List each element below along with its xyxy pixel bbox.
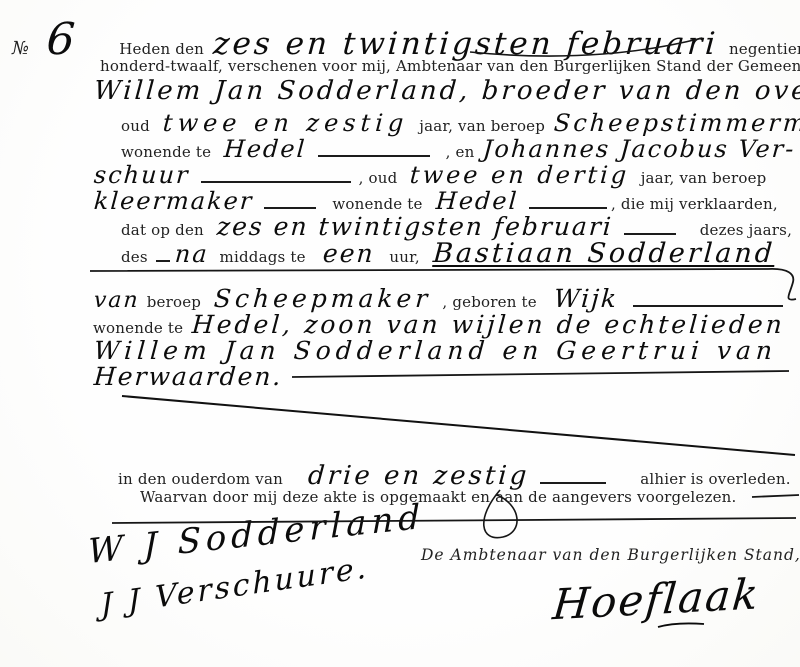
signature-underline — [658, 623, 704, 627]
handwritten-declarant1: Willem Jan Sodderland, broeder van den o… — [93, 76, 800, 106]
printed-jaar-beroep-1: jaar, van beroep — [419, 117, 545, 135]
signature-declarant1: W J Sodderland — [88, 497, 425, 573]
fill-line — [292, 371, 789, 377]
printed-des: des — [121, 248, 148, 266]
handwritten-na: na — [174, 240, 210, 268]
diagonal-strike-line — [122, 396, 795, 455]
deceased-occupation-line: van beroep Scheepmaker , geboren te Wijk — [93, 284, 783, 313]
printed-en: , en — [446, 143, 475, 161]
fill-line — [156, 257, 170, 262]
printed-uur: uur, — [389, 248, 419, 266]
record-number-label: № — [12, 38, 29, 59]
fill-line — [201, 178, 351, 183]
declarant2-residence-line: kleermaker wonende te Hedel , die mij ve… — [93, 187, 778, 215]
fill-line — [318, 152, 430, 157]
handwritten-beroep1: Scheepstimmerman — [553, 109, 800, 137]
declarant1-line: Willem Jan Sodderland, broeder van den o… — [93, 76, 800, 106]
parents-line-2: Herwaarden. — [93, 362, 282, 391]
printed-beroep: beroep — [147, 293, 201, 311]
printed-oud: oud — [121, 117, 150, 135]
handwritten-beroep-overledene: Scheepmaker — [213, 284, 432, 313]
printed-wonende-te-3: wonende te — [93, 319, 183, 337]
printed-dezes-jaars: dezes jaars, — [700, 221, 792, 239]
printed-waarvan: Waarvan door mij deze akte is opgemaakt … — [140, 488, 737, 506]
fill-line — [529, 204, 607, 209]
handwritten-age2: twee en dertig — [409, 161, 630, 189]
deceased-residence-line: wonende te Hedel, zoon van wijlen de ech… — [93, 310, 784, 339]
handwritten-uur-waarde: een — [322, 239, 376, 268]
printed-heden-den: Heden den — [119, 40, 204, 58]
fill-line — [264, 204, 316, 209]
declarant1-residence-line: wonende te Hedel , en Johannes Jacobus V… — [121, 135, 795, 163]
handwritten-declarant2-part1: Johannes Jacobus Ver- — [482, 135, 796, 163]
handwritten-woonplaats-ouders: Hedel, zoon van wijlen de echtelieden — [191, 310, 786, 339]
printed-geboren-te: , geboren te — [442, 293, 536, 311]
fill-line — [624, 230, 676, 235]
declarant1-age-line: oud twee en zestig jaar, van beroep Sche… — [121, 109, 800, 137]
printed-negentien: negentien — [729, 40, 800, 58]
handwritten-overledene-naam: Bastiaan Sodderland — [432, 238, 776, 269]
handwritten-age1: twee en zestig — [162, 109, 409, 137]
handwritten-date-2: zes en twintigsten februari — [216, 212, 614, 241]
death-date-line: dat op den zes en twintigsten februari d… — [121, 212, 792, 241]
printed-wonende-te-1: wonende te — [121, 143, 211, 161]
declarant2-age-line: schuur , oud twee en dertig jaar, van be… — [93, 161, 767, 189]
record-number-value: 6 — [45, 14, 77, 65]
handwritten-beroep2: kleermaker — [93, 187, 254, 215]
fill-line — [752, 495, 799, 497]
printed-verklaarden: , die mij verklaarden, — [611, 195, 778, 213]
parents-line: Willem Jan Sodderland en Geertrui van — [93, 336, 776, 365]
fill-line — [540, 479, 606, 484]
age-at-death-line: in den ouderdom van drie en zestig alhie… — [118, 461, 791, 491]
signature-official: Hoeflaak — [551, 569, 762, 629]
printed-jaar-beroep-2: jaar, van beroep — [641, 169, 767, 187]
official-title: De Ambtenaar van den Burgerlijken Stand, — [421, 546, 800, 564]
handwritten-plaats1: Hedel — [223, 135, 307, 163]
printed-dat-op-den: dat op den — [121, 221, 204, 239]
header-line-2: honderd-twaalf, verschenen voor mij, Amb… — [100, 57, 800, 75]
printed-middags-te: middags te — [220, 248, 306, 266]
printed-honderd-twaalf: honderd-twaalf, verschenen voor mij, Amb… — [100, 57, 800, 75]
death-time-line: des na middags te een uur, Bastiaan Sodd… — [121, 238, 774, 269]
printed-wonende-te-2: wonende te — [332, 195, 422, 213]
handwritten-declarant2-part2: schuur — [93, 161, 191, 189]
handwritten-plaats2: Hedel — [435, 187, 519, 215]
handwritten-herwaarden: Herwaarden. — [93, 362, 284, 391]
handwritten-geboorteplaats: Wijk — [553, 284, 619, 313]
printed-alhier-overleden: alhier is overleden. — [640, 470, 790, 488]
printed-ouderdom: in den ouderdom van — [118, 470, 283, 488]
closing-line: Waarvan door mij deze akte is opgemaakt … — [140, 488, 737, 506]
fill-line — [633, 302, 783, 307]
document-page: № 6 Heden den zes en twintigsten februar… — [0, 0, 800, 667]
handwritten-ouders: Willem Jan Sodderland en Geertrui van — [93, 336, 778, 365]
handwritten-leeftijd: drie en zestig — [307, 461, 530, 491]
printed-oud-2: , oud — [359, 169, 398, 187]
